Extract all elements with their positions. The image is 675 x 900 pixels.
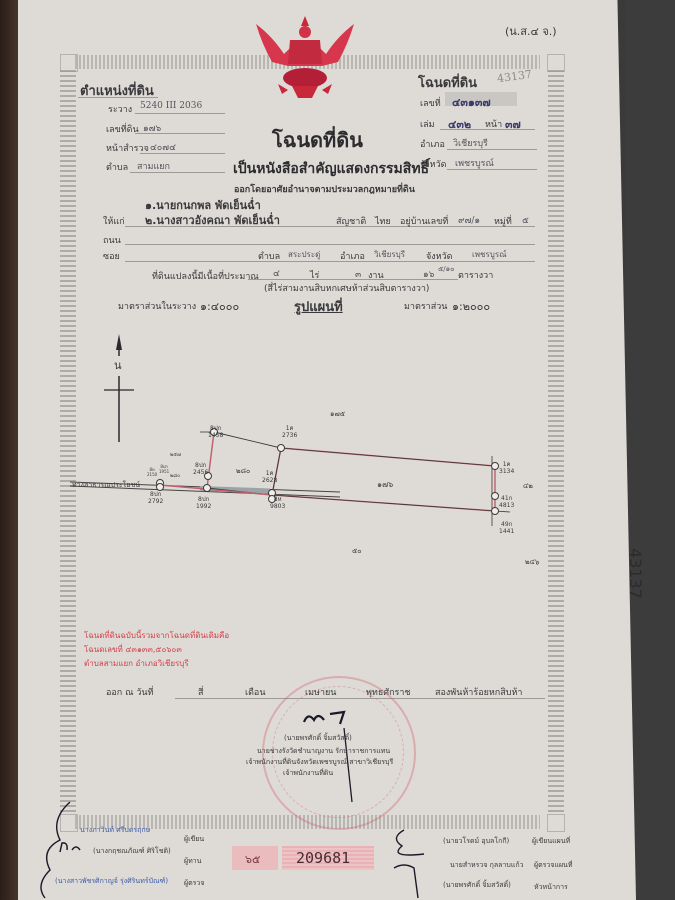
marker-label: 8ห9803 bbox=[270, 496, 285, 510]
to-label: ให้แก่ bbox=[103, 214, 125, 228]
field-label-province: จังหวัด bbox=[420, 157, 447, 171]
marker-label: 49ก1441 bbox=[499, 521, 514, 535]
marker-label: 8ปก2456 bbox=[193, 462, 208, 476]
field-line bbox=[447, 169, 537, 170]
marker-label: 8ปก2792 bbox=[148, 491, 163, 505]
nationality-label: สัญชาติ bbox=[336, 214, 366, 228]
border-corner bbox=[60, 54, 78, 72]
marker-label: 8ห2150 bbox=[147, 467, 157, 477]
road-label: ทางสาธารณประโยชน์ bbox=[72, 480, 140, 491]
field-value-subdistrict: สามแยก bbox=[137, 159, 170, 173]
area-ngan-label: งาน bbox=[368, 268, 384, 282]
field-line bbox=[130, 172, 225, 173]
issue-year: สองพันห้าร้อยหกสิบห้า bbox=[435, 685, 522, 699]
serial-number: 209681 bbox=[296, 849, 350, 867]
marker-label: 1ค2628 bbox=[262, 470, 277, 484]
road-label: ถนน bbox=[103, 233, 121, 247]
official-title-3: เจ้าพนักงานที่ดิน bbox=[283, 768, 333, 779]
field-value-survey-page: ๔๐๗๔ bbox=[150, 140, 176, 154]
area-wa: ๑๖ bbox=[423, 267, 434, 281]
signer-reviewer-role: ผู้ทาน bbox=[184, 856, 201, 867]
official-title-1: นายช่างรังวัดชำนาญงาน รักษาราชการแทน bbox=[257, 746, 390, 757]
tambon-value: สระประดู่ bbox=[288, 248, 320, 261]
signer-reviewer-name: (นางกฤชณภัณฑ์ ศิริโชติ) bbox=[93, 846, 171, 857]
field-line bbox=[440, 129, 535, 130]
parcel-label-west: ๒๘๐ bbox=[170, 472, 180, 480]
field-line bbox=[447, 149, 537, 150]
signer-inspector-name: (นางสาวพัชรศิกาญจ์ รุ่งศิรินทร์บัณฑ์) bbox=[55, 876, 168, 887]
field-line bbox=[125, 244, 535, 245]
field-value-sheet: 5240 III 2036 bbox=[140, 101, 202, 111]
marker-label: 1ค2736 bbox=[282, 425, 297, 439]
signer-writer-role: ผู้เขียน bbox=[184, 834, 204, 845]
divider bbox=[78, 97, 158, 98]
marker-label: 8ปก1458 bbox=[208, 425, 223, 439]
signature-checker bbox=[58, 840, 88, 854]
form-code: (น.ส.๔ จ.) bbox=[505, 22, 557, 40]
area-rai-label: ไร่ bbox=[310, 268, 319, 282]
field-line bbox=[135, 113, 225, 114]
map-checker-name: นายสำหรวจ กุลลาบแก้ว bbox=[450, 860, 524, 871]
issue-given-at: ออก ณ วันที่ bbox=[106, 685, 153, 699]
merge-note-line3: ตำบลสามแยก อำเภอวิเชียรบุรี bbox=[84, 657, 189, 670]
parcel-label-east: ๔๒ bbox=[523, 481, 533, 492]
field-line bbox=[140, 153, 225, 154]
section-chief-role: หัวหน้าการ bbox=[534, 882, 568, 893]
border-corner bbox=[547, 814, 565, 832]
soi-label: ซอย bbox=[103, 249, 120, 263]
field-value-district: วิเชียรบุรี bbox=[453, 136, 488, 150]
scale-left-label: มาตราส่วนในระวาง bbox=[118, 299, 196, 313]
official-name: (นายพรศักดิ์ จิ้มสวัสดิ์) bbox=[284, 733, 352, 744]
field-label-subdistrict: ตำบล bbox=[106, 160, 128, 174]
marker-label: 8ปก1951 bbox=[159, 464, 169, 474]
marker-label: 1ค3134 bbox=[499, 461, 514, 475]
field-label-sheet: ระวาง bbox=[108, 102, 132, 116]
field-value-volume: ๔๓๒ bbox=[448, 115, 471, 133]
parcel-label-small: ๒๘๐ bbox=[236, 466, 250, 477]
field-value-page: ๓๗ bbox=[505, 115, 521, 133]
area-in-words: (สี่ไร่สามงานสิบหกเศษห้าส่วนสิบตารางวา) bbox=[264, 281, 429, 295]
house-no-label: อยู่บ้านเลขที่ bbox=[400, 214, 448, 228]
issue-day: สี่ bbox=[198, 685, 204, 699]
field-label-deed-no: เลขที่ bbox=[420, 96, 441, 110]
area-ngan: ๓ bbox=[355, 267, 361, 281]
official-signature bbox=[300, 708, 360, 728]
parcel-label-south: ๕๐ bbox=[352, 546, 362, 557]
signer-writer-name: นางภาวินท์ ศรีบดรฤกษ bbox=[80, 825, 150, 836]
signer-inspector-role: ผู้ตรวจ bbox=[184, 878, 204, 889]
amphoe-value: วิเชียรบุรี bbox=[374, 248, 405, 261]
map-writer-role: ผู้เขียนแผนที่ bbox=[532, 836, 570, 847]
border-corner bbox=[547, 54, 565, 72]
province-value: เพชรบูรณ์ bbox=[472, 248, 507, 261]
official-title-2: เจ้าพนักงานที่ดินจังหวัดเพชรบูรณ์ สาขาวิ… bbox=[246, 757, 393, 768]
section-chief-name: (นายพรศักดิ์ จิ้มสวัสดิ์) bbox=[443, 880, 511, 891]
issued-by-statement: ออกโดยอาศัยอำนาจตามประมวลกฎหมายที่ดิน bbox=[234, 182, 415, 196]
field-line bbox=[125, 261, 535, 262]
merge-note-line1: โฉนดที่ดินฉบับนี้รวมจากโฉนดที่ดินเดิมคือ bbox=[84, 629, 229, 642]
signature-scribble-right bbox=[384, 828, 434, 900]
nationality-value: ไทย bbox=[375, 214, 391, 228]
field-value-deed-no: ๔๓๑๓๗ bbox=[452, 93, 491, 111]
margin-handwritten-number: 43137 bbox=[626, 548, 645, 599]
parcel-label-main: ๑๗๖ bbox=[377, 478, 393, 491]
area-intro: ที่ดินแปลงนี้มีเนื้อที่ประมาณ bbox=[152, 269, 259, 283]
parcel-label-nw: ๒๕๗ bbox=[170, 451, 181, 459]
field-label-volume: เล่ม bbox=[420, 117, 435, 131]
parcel-label-north: ๑๗๕ bbox=[330, 409, 345, 420]
document-subtitle: เป็นหนังสือสำคัญแสดงกรรมสิทธิ์ bbox=[233, 158, 429, 180]
cadastral-map bbox=[70, 320, 570, 580]
deed-heading: โฉนดที่ดิน bbox=[418, 72, 477, 93]
area-wa-fraction: ๕/๑๐ bbox=[438, 264, 454, 275]
marker-label: 8ปก1992 bbox=[196, 496, 211, 510]
garuda-emblem-icon bbox=[252, 14, 358, 102]
parcel-label-se: ๒๔๖ bbox=[525, 557, 539, 568]
scale-right-value: ๑:๒๐๐๐ bbox=[452, 297, 490, 315]
field-line bbox=[135, 133, 225, 134]
moo-value: ๕ bbox=[522, 213, 529, 227]
scale-right-label: มาตราส่วน bbox=[404, 299, 447, 313]
area-rai: ๔ bbox=[273, 266, 280, 280]
field-label-district: อำเภอ bbox=[420, 137, 445, 151]
serial-prefix: ๖๕ bbox=[245, 850, 260, 868]
map-checker-role: ผู้ตรวจแผนที่ bbox=[534, 860, 572, 871]
issue-month-label: เดือน bbox=[245, 685, 265, 699]
merge-note-line2: โฉนดเลขที่ ๔๓๑๓๓,๕๐๖๐๓ bbox=[84, 643, 182, 656]
moo-label: หมู่ที่ bbox=[494, 214, 512, 228]
scale-left-value: ๑:๔๐๐๐ bbox=[200, 297, 239, 315]
document-title: โฉนดที่ดิน bbox=[272, 124, 363, 156]
field-label-parcel-no: เลขที่ดิน bbox=[106, 122, 139, 136]
house-no-value: ๙๗/๑ bbox=[458, 213, 480, 227]
area-wa-label: ตารางวา bbox=[458, 268, 493, 282]
field-value-province: เพชรบูรณ์ bbox=[455, 156, 494, 170]
map-title: รูปแผนที่ bbox=[294, 296, 343, 317]
map-writer-name: (นายวโรดม์ อุบลโกกี) bbox=[443, 836, 509, 847]
marker-label: 41ก4813 bbox=[499, 495, 514, 509]
